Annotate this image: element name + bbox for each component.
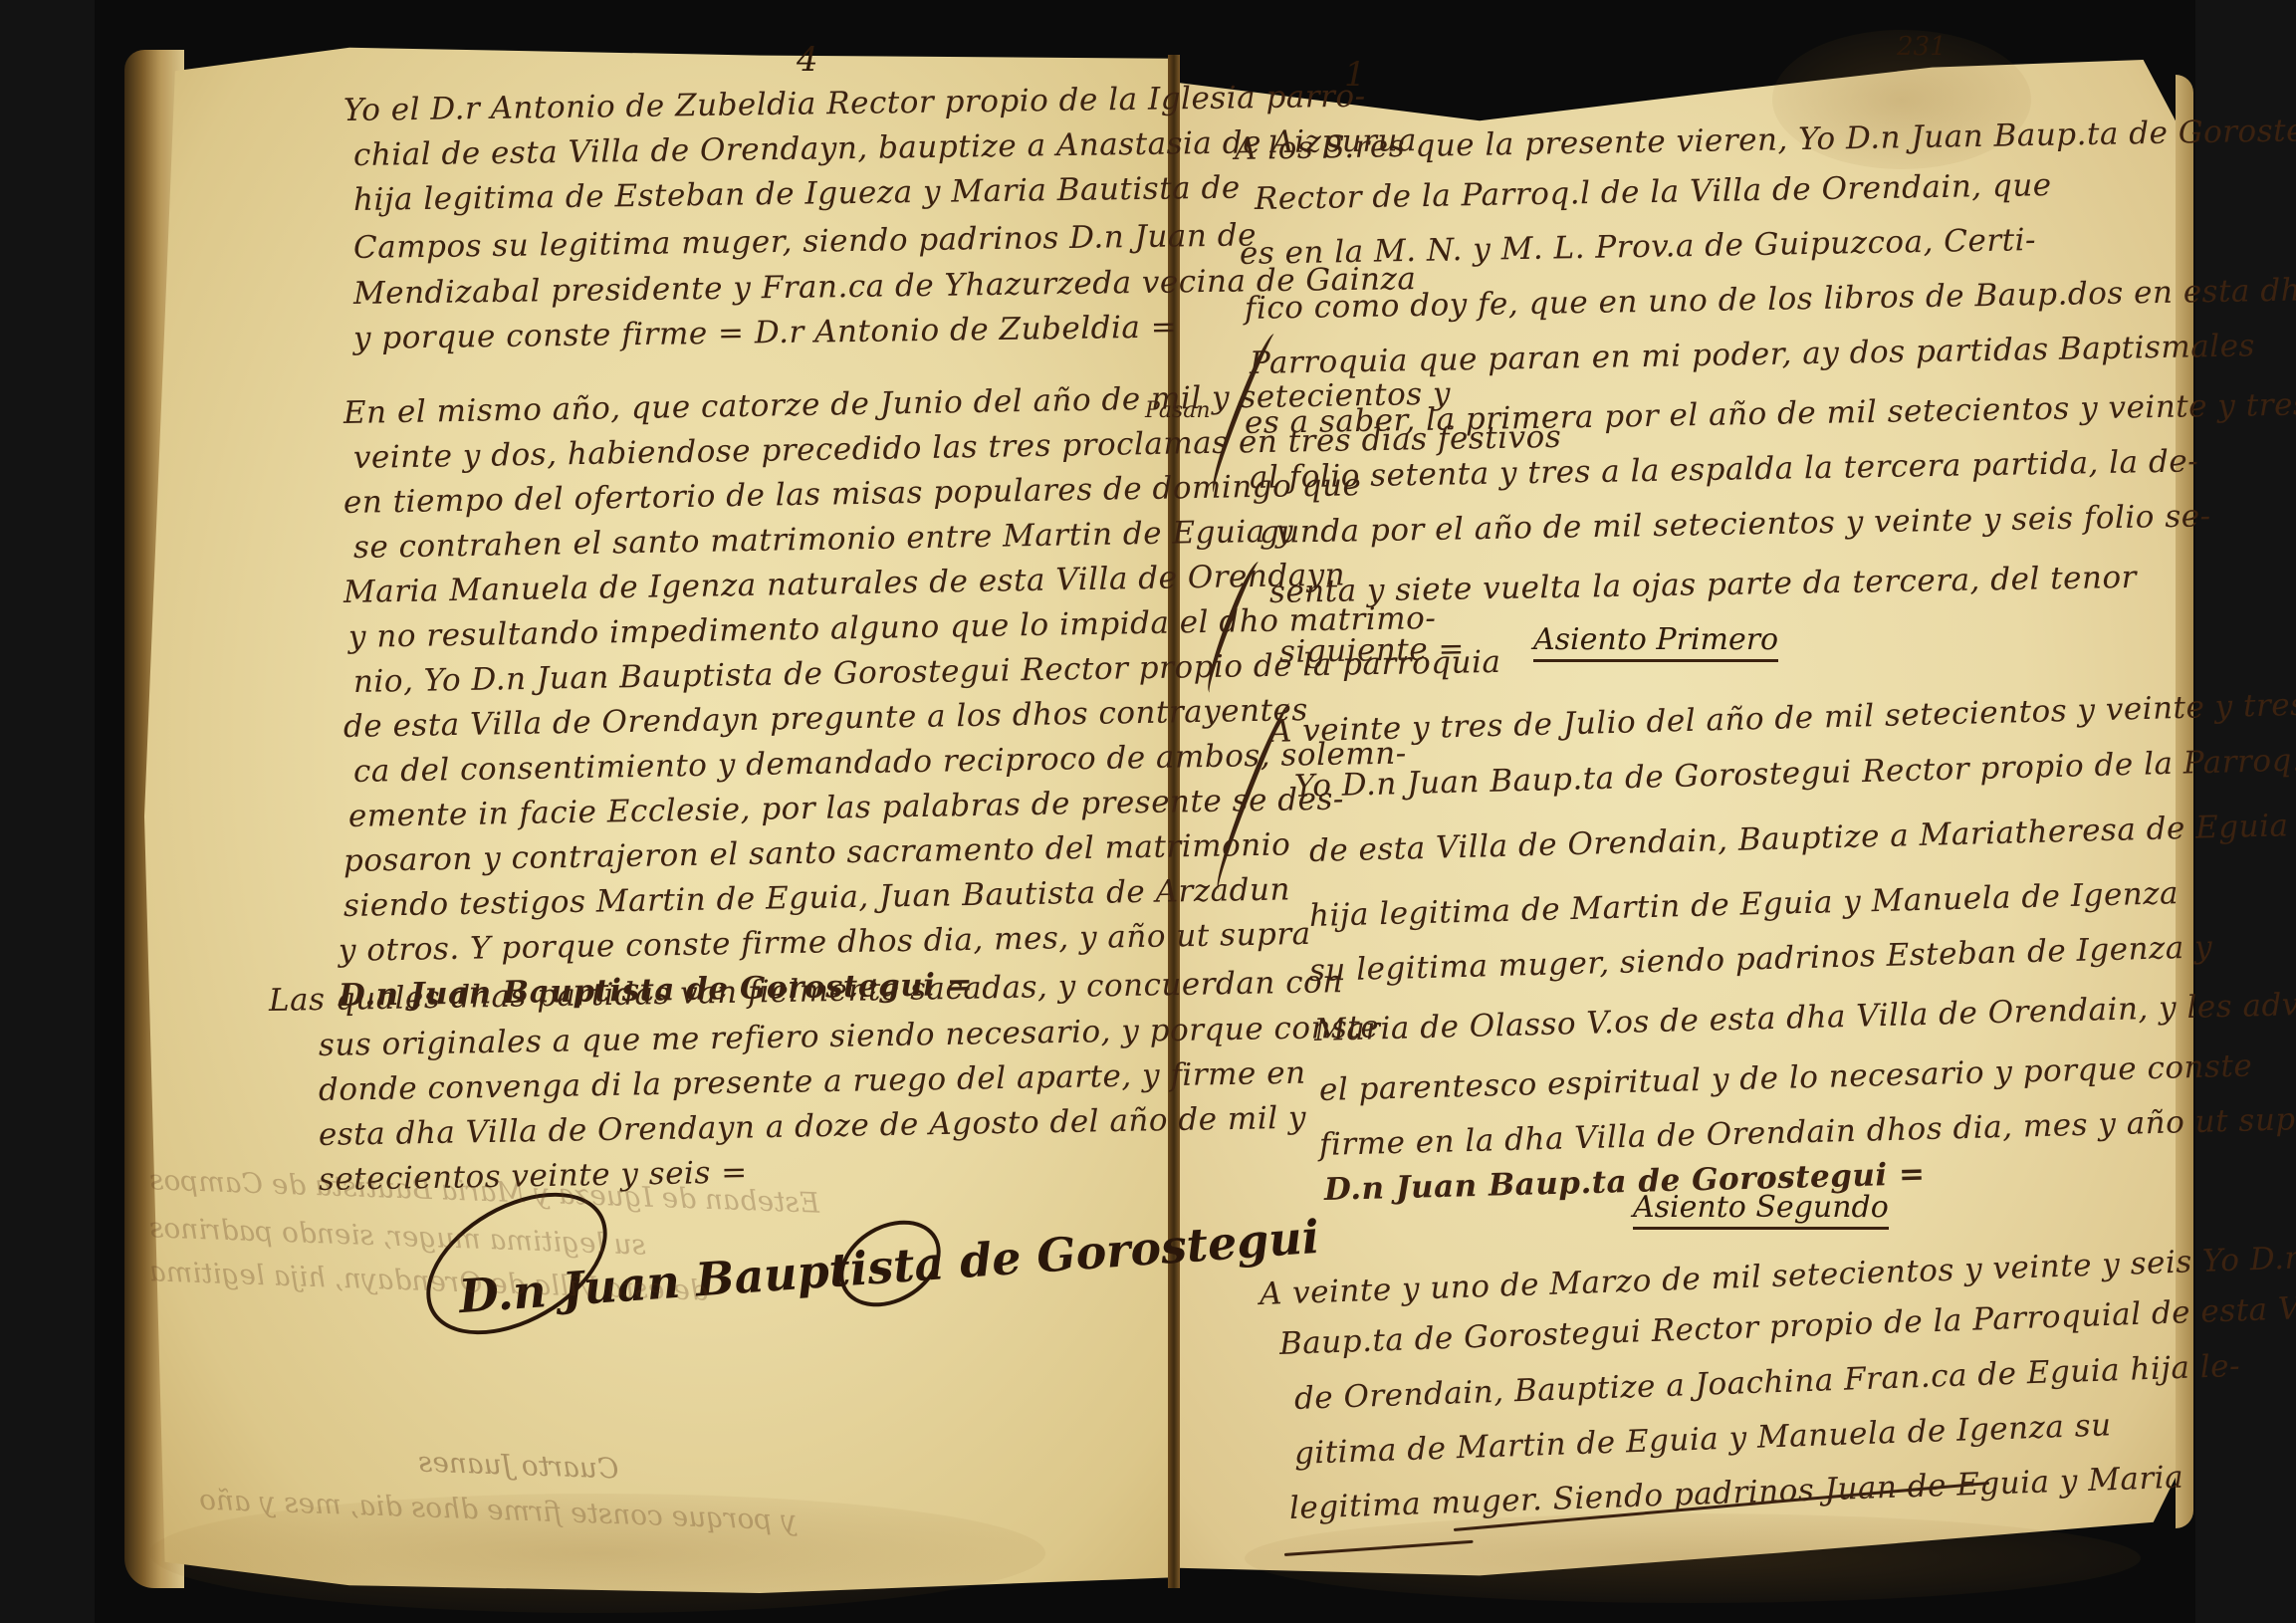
entry-heading-second: Asiento Segundo	[1633, 1190, 1889, 1230]
margin-note: Pasan	[1145, 398, 1211, 423]
text-line: siguiente =	[1279, 634, 1466, 668]
entry-heading-first: Asiento Primero	[1533, 622, 1778, 662]
folio-number: 231	[1897, 32, 1947, 62]
right-page-mark: 1	[1344, 55, 1366, 95]
faded-annotation: Cuarto Juanes	[417, 1445, 618, 1485]
left-page-mark: 4	[797, 40, 818, 80]
